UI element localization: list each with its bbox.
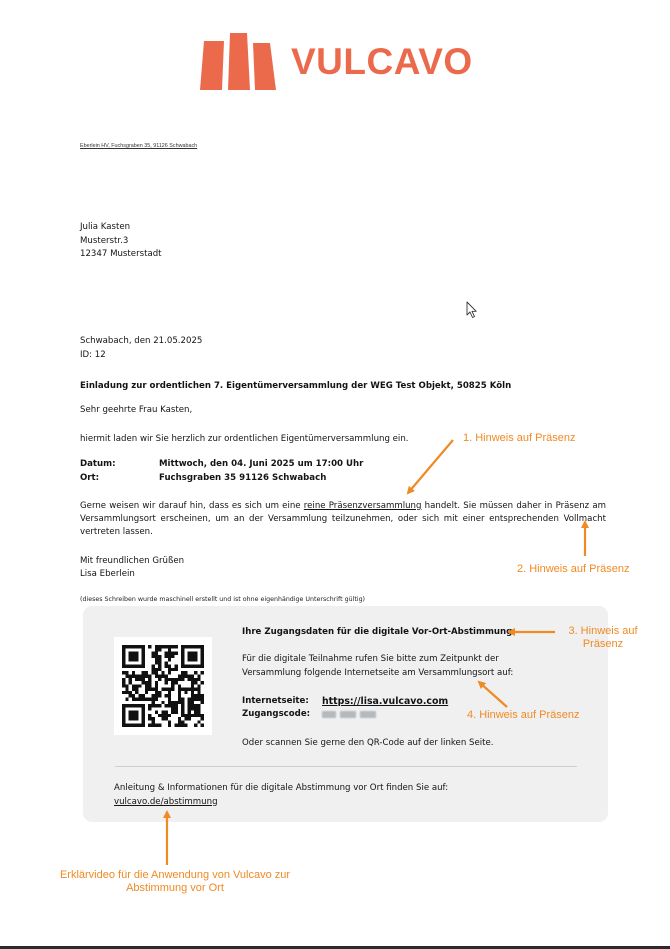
arrow-1-icon: [408, 440, 453, 493]
disclaimer: (dieses Schreiben wurde maschinell erste…: [80, 596, 365, 603]
website-link[interactable]: https://lisa.vulcavo.com: [322, 695, 448, 708]
sender-return-address: Eberlein HV, Fuchsgraben 35, 91126 Schwa…: [80, 143, 197, 149]
letter-subject: Einladung zur ordentlichen 7. Eigentümer…: [80, 380, 511, 393]
presence-paragraph: Gerne weisen wir darauf hin, dass es sic…: [80, 500, 606, 539]
meeting-place-row: Ort: Fuchsgraben 35 91126 Schwabach: [80, 472, 363, 486]
annotation-1: 1. Hinweis auf Präsenz: [463, 432, 576, 445]
website-label: Internetseite:: [242, 695, 322, 708]
meeting-details: Datum: Mittwoch, den 04. Juni 2025 um 17…: [80, 458, 363, 486]
annotation-3-line-2: Präsenz: [563, 638, 643, 651]
recipient-city: 12347 Musterstadt: [80, 248, 162, 262]
website-row: Internetseite: https://lisa.vulcavo.com: [242, 695, 448, 708]
closing-greeting: Mit freundlichen Grüßen: [80, 555, 184, 568]
access-box-instructions: Für die digitale Teilnahme rufen Sie bit…: [242, 653, 513, 680]
recipient-name: Julia Kasten: [80, 221, 162, 235]
box-divider: [115, 766, 577, 767]
access-box-footer: Anleitung & Informationen für die digita…: [114, 782, 448, 809]
meeting-place-value: Fuchsgraben 35 91126 Schwabach: [159, 472, 326, 486]
date-block: Schwabach, den 21.05.2025 ID: 12: [80, 335, 202, 362]
mouse-cursor-icon: [466, 301, 478, 319]
qr-code-icon: [122, 645, 204, 727]
footer-link[interactable]: vulcavo.de/abstimmung: [114, 796, 448, 810]
signature-name: Lisa Eberlein: [80, 568, 184, 581]
annotation-5: Erklärvideo für die Anwendung von Vulcav…: [30, 869, 320, 895]
instruction-line-2: Versammlung folgende Internetseite am Ve…: [242, 667, 513, 681]
annotation-3-line-1: 3. Hinweis auf: [563, 625, 643, 638]
annotation-5-line-1: Erklärvideo für die Anwendung von Vulcav…: [30, 869, 320, 882]
brand-name: VULCAVO: [291, 41, 473, 83]
instruction-line-1: Für die digitale Teilnahme rufen Sie bit…: [242, 653, 513, 667]
qr-hint: Oder scannen Sie gerne den QR-Code auf d…: [242, 737, 494, 750]
intro-text: hiermit laden wir Sie herzlich zur orden…: [80, 433, 409, 446]
access-box-title: Ihre Zugangsdaten für die digitale Vor-O…: [242, 626, 512, 639]
salutation: Sehr geehrte Frau Kasten,: [80, 404, 192, 417]
annotation-5-line-2: Abstimmung vor Ort: [30, 882, 320, 895]
qr-code: [114, 637, 212, 735]
meeting-place-label: Ort:: [80, 472, 159, 486]
meeting-date-value: Mittwoch, den 04. Juni 2025 um 17:00 Uhr: [159, 458, 363, 472]
annotation-2: 2. Hinweis auf Präsenz: [517, 563, 630, 576]
presence-meeting-highlight: reine Präsenzversammlung: [304, 501, 422, 511]
access-code-row: Zugangscode:: [242, 708, 448, 721]
recipient-street: Musterstr.3: [80, 235, 162, 249]
letter-id: ID: 12: [80, 349, 202, 362]
recipient-address: Julia Kasten Musterstr.3 12347 Mustersta…: [80, 221, 162, 262]
meeting-date-row: Datum: Mittwoch, den 04. Juni 2025 um 17…: [80, 458, 363, 472]
footer-info-text: Anleitung & Informationen für die digita…: [114, 782, 448, 796]
meeting-date-label: Datum:: [80, 458, 159, 472]
access-credentials: Internetseite: https://lisa.vulcavo.com …: [242, 695, 448, 720]
place-date: Schwabach, den 21.05.2025: [80, 335, 202, 348]
annotation-3: 3. Hinweis auf Präsenz: [563, 625, 643, 651]
closing-block: Mit freundlichen Grüßen Lisa Eberlein: [80, 555, 184, 581]
access-code-label: Zugangscode:: [242, 708, 322, 721]
access-code-redacted: [322, 711, 376, 721]
paragraph-text-start: Gerne weisen wir darauf hin, dass es sic…: [80, 501, 304, 511]
annotation-4: 4. Hinweis auf Präsenz: [467, 709, 580, 722]
